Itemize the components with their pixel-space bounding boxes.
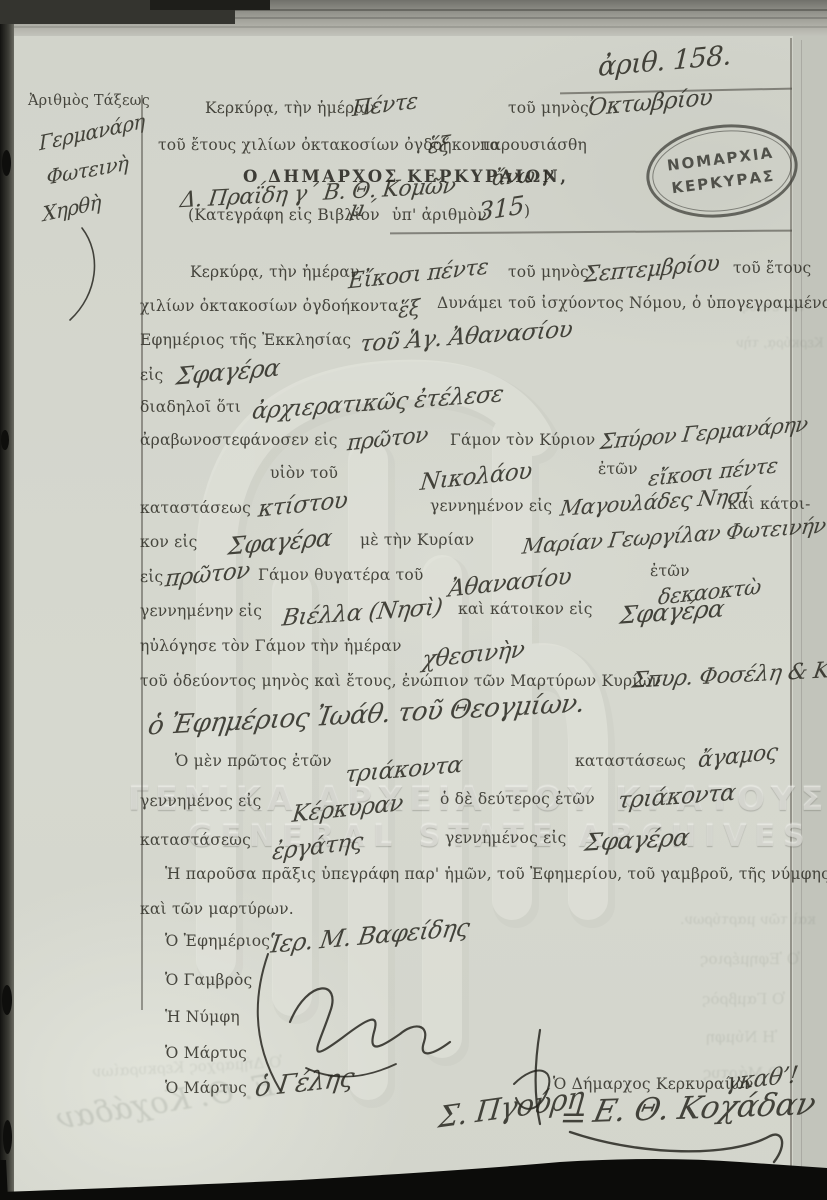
bleedthrough-text: Κερκύρᾳ, τὴν — [736, 336, 824, 351]
s2-p11b: καὶ κάτοικον εἰς — [458, 600, 593, 618]
s2-p14a: Ὁ μὲν πρῶτος ἐτῶν — [175, 752, 332, 770]
s1-hw-book: μ΄ — [348, 197, 377, 222]
margin-flourish — [60, 222, 120, 332]
stamp-line2: ΚΕΡΚΥΡΑΣ — [669, 164, 779, 200]
margin-divider-line — [141, 95, 143, 1010]
s2-p1a: Κερκύρᾳ, τὴν ἡμέραν — [190, 263, 360, 281]
bleedthrough-text: Ὁ Ἐφημέριος — [700, 950, 800, 968]
adjacent-page-edge — [793, 36, 827, 1200]
bleedthrough-text: Ἡ Νύμφη — [706, 1028, 777, 1046]
s2-p1b: τοῦ μηνὸς — [508, 263, 589, 281]
bleedthrough-text: Ὁ Γαμβρὸς — [702, 990, 785, 1008]
s2-p9a: κον εἰς — [140, 533, 198, 551]
book-spine-shadow — [150, 0, 270, 10]
s2-p6b: Γάμον τὸν Κύριον — [450, 431, 595, 449]
s2-p15a: γεννημένος εἰς — [140, 792, 261, 810]
page-right-edge-line — [790, 38, 792, 1200]
label-efimerios: Ὁ Ἐφημέριος — [165, 932, 270, 950]
s2-p9b: μὲ τὴν Κυρίαν — [360, 531, 474, 549]
s2-hw-w2-born: Σφαγέρα — [583, 823, 691, 857]
s2-p16a: καταστάσεως — [140, 831, 251, 849]
s1-line1a: Κερκύρᾳ, τὴν ἡμέραν — [205, 99, 375, 117]
s2-p10c: ἐτῶν — [650, 562, 690, 580]
bleedthrough-text: τοῦ ἔτους — [742, 300, 806, 315]
bleedthrough-text: Ὁ Μάρτυς — [703, 1064, 781, 1082]
s1-line1b: τοῦ μηνὸς — [508, 99, 589, 117]
s2-p8b: γεννημένον εἰς — [430, 497, 552, 515]
binding-blob — [1, 430, 9, 450]
s2-p1c: τοῦ ἔτους — [733, 259, 811, 277]
s1-hw-year: ἕξ — [428, 131, 450, 158]
s2-p7b: ἐτῶν — [598, 460, 638, 478]
s2-p13: τοῦ ὁδεύοντος μηνὸς καὶ ἔτους, ἐνώπιον τ… — [140, 672, 661, 690]
page-right-edge-line — [801, 40, 802, 1190]
scanned-register-page: ΓΕΝΙΚΑ ΑΡΧΕΙΑ ΤΟΥ ΚΡΑΤΟΥΣ GENERAL STATE … — [0, 0, 827, 1200]
s2-p10b: Γάμον θυγατέρα τοῦ — [258, 566, 424, 584]
s2-p8c: καὶ κάτοι- — [728, 495, 811, 513]
margin-header: Ἀριθμὸς Τάξεως — [28, 93, 150, 109]
s2-hw-year: ἕξ — [398, 295, 420, 323]
page-edge-line — [0, 26, 827, 28]
s2-p15b: ὁ δὲ δεύτερος ἐτῶν — [440, 790, 595, 808]
s2-p17: Ἡ παροῦσα πρᾶξις ὑπεγράφη παρ' ἡμῶν, τοῦ… — [165, 865, 827, 883]
binding-blob — [2, 150, 11, 176]
s2-p7a: υἱὸν τοῦ — [270, 464, 338, 482]
s2-p5: διαδηλοῖ ὅτι — [140, 398, 241, 416]
bleedthrough-text: καὶ τῶν μαρτύρων. — [680, 912, 816, 928]
s2-p11a: γεννημένην εἰς — [140, 602, 262, 620]
s2-p4: εἰς — [140, 366, 163, 384]
s2-p14b: καταστάσεως — [575, 752, 686, 770]
s1-line3c: ) — [524, 202, 530, 220]
s2-p2a: χιλίων ὀκτακοσίων ὀγδοήκοντα — [140, 297, 399, 315]
s2-p10a: εἰς — [140, 568, 163, 586]
s2-p3: Εφημέριος τῆς Ἐκκλησίας — [140, 331, 351, 349]
bottom-scan-shadow — [0, 1100, 827, 1200]
s2-p6a: ἀραβωνοστεφάνοσεν εἰς — [140, 431, 338, 449]
binding-blob — [2, 985, 12, 1015]
stamp-line1: ΝΟΜΑΡΧΙΑ — [666, 141, 776, 177]
s2-p18: καὶ τῶν μαρτύρων. — [140, 900, 294, 918]
book-binding-edge — [0, 24, 14, 1200]
s2-p8a: καταστάσεως — [140, 499, 251, 517]
label-gambros: Ὁ Γαμβρὸς — [165, 971, 252, 989]
signature-brace-and-nymfi — [246, 950, 476, 1100]
s1-hw-mayor-note: ἄνω γ — [491, 162, 554, 190]
s2-p16b: γεννημένος εἰς — [445, 829, 566, 847]
s2-p12: ηὐλόγησε τὸν Γάμον τὴν ἡμέραν — [140, 637, 402, 655]
s1-line3b: ὑπ' ἀριθμὸν — [392, 206, 487, 224]
s1-line2b: παρουσιάσθη — [480, 136, 587, 154]
label-nymfi: Ἡ Νύμφη — [165, 1008, 240, 1026]
